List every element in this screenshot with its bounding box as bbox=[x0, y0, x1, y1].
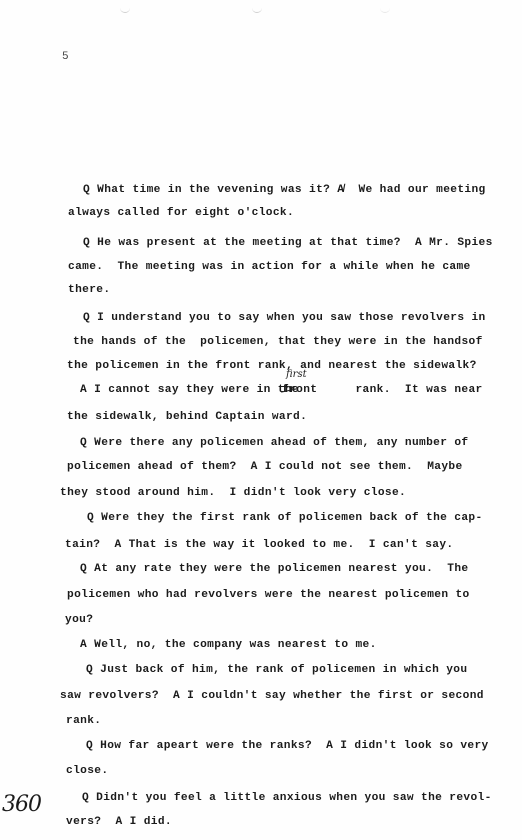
transcript-line: Q Just back of him, the rank of policeme… bbox=[86, 663, 467, 677]
transcript-line: came. The meeting was in action for a wh… bbox=[68, 260, 471, 274]
transcript-line: close. bbox=[66, 764, 108, 778]
transcript-line: Q Didn't you feel a little anxious when … bbox=[82, 791, 492, 805]
transcript-line: they stood around him. I didn't look ver… bbox=[60, 486, 406, 500]
transcript-line: policemen who had revolvers were the nea… bbox=[67, 588, 470, 602]
transcript-line: Q Were there any policemen ahead of them… bbox=[80, 436, 469, 450]
document-page: 5 Q What time in the vevening was it? A̸… bbox=[0, 0, 522, 840]
transcript-line: the sidewalk, behind Captain ward. bbox=[67, 410, 307, 424]
transcript-line: Q What time in the vevening was it? A̸ W… bbox=[83, 183, 486, 197]
transcript-line: Q Were they the first rank of policemen … bbox=[87, 511, 483, 525]
transcript-line: A Well, no, the company was nearest to m… bbox=[80, 638, 377, 652]
punch-hole-mark-right bbox=[380, 2, 390, 13]
transcript-line: vers? A I did. bbox=[66, 815, 172, 829]
transcript-line: always called for eight o'clock. bbox=[68, 206, 294, 220]
transcript-line: saw revolvers? A I couldn't say whether … bbox=[60, 689, 484, 703]
transcript-line: Q How far apeart were the ranks? A I did… bbox=[86, 739, 489, 753]
punch-hole-mark-center bbox=[252, 2, 262, 13]
transcript-line: Q At any rate they were the policemen ne… bbox=[80, 562, 469, 576]
transcript-line: policemen ahead of them? A I could not s… bbox=[67, 460, 463, 474]
transcript-line: rank. bbox=[66, 714, 101, 728]
page-number: 5 bbox=[62, 51, 69, 63]
transcript-line: there. bbox=[68, 283, 110, 297]
transcript-line: tain? A That is the way it looked to me.… bbox=[65, 538, 454, 552]
margin-page-annotation: 360 bbox=[2, 792, 41, 817]
transcript-line: the hands of the policemen, that they we… bbox=[73, 335, 483, 349]
transcript-line: Q He was present at the meeting at that … bbox=[83, 236, 493, 250]
transcript-line: you? bbox=[65, 613, 93, 627]
punch-hole-mark-left bbox=[120, 2, 130, 13]
transcript-line: the policemen in the front rank, and nea… bbox=[67, 359, 477, 373]
handwritten-insertion: first bbox=[286, 369, 307, 380]
transcript-line: Q I understand you to say when you saw t… bbox=[83, 311, 486, 325]
